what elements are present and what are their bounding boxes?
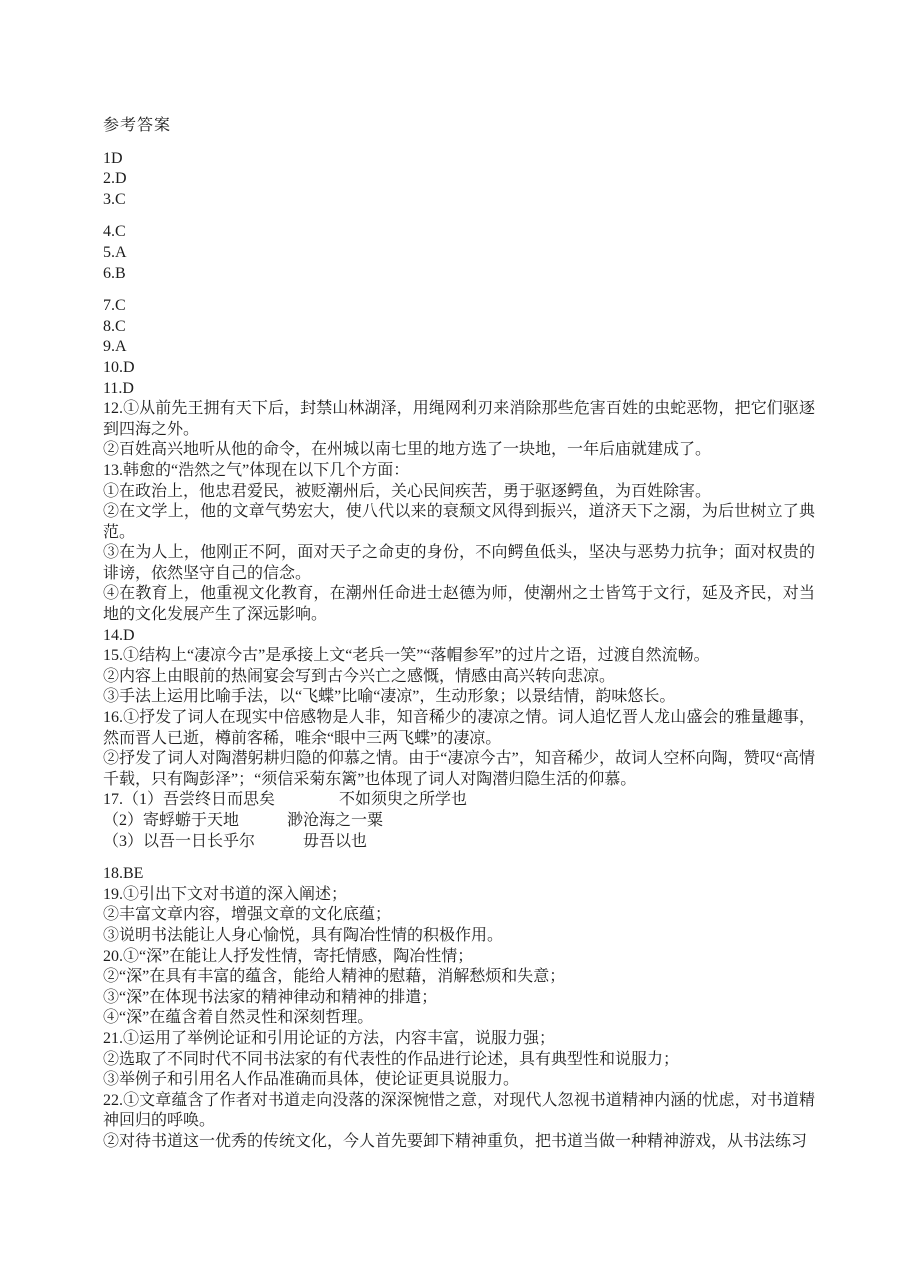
answer-line: 9.A xyxy=(103,337,815,358)
answer-line: ②选取了不同时代不同书法家的有代表性的作品进行论述，具有典型性和说服力； xyxy=(103,1050,815,1071)
answer-line: ④“深”在蕴含着自然灵性和深刻哲理。 xyxy=(103,1008,815,1029)
answer-line: ②百姓高兴地听从他的命令，在州城以南七里的地方选了一块地，一年后庙就建成了。 xyxy=(103,440,815,461)
answer-line: ②对待书道这一优秀的传统文化，今人首先要卸下精神重负，把书道当做一种精神游戏，从… xyxy=(103,1132,815,1153)
answer-line: ④在教育上，他重视文化教育，在潮州任命进士赵德为师，使潮州之士皆笃于文行，延及齐… xyxy=(103,584,815,625)
answer-line: 2.D xyxy=(103,169,815,190)
answer-line: 18.BE xyxy=(103,864,815,885)
answer-line: 21.①运用了举例论证和引用论证的方法，内容丰富，说服力强； xyxy=(103,1029,815,1050)
answer-line: ①在政治上，他忠君爱民，被贬潮州后，关心民间疾苦，勇于驱逐鳄鱼，为百姓除害。 xyxy=(103,482,815,503)
answer-line: ②“深”在具有丰富的蕴含，能给人精神的慰藉，消解愁烦和失意； xyxy=(103,967,815,988)
answer-line: 19.①引出下文对书道的深入阐述； xyxy=(103,885,815,906)
blank-line xyxy=(103,284,815,296)
answer-line: 17.（1）吾尝终日而思矣 不如须臾之所学也 xyxy=(103,790,815,811)
answer-line: 20.①“深”在能让人抒发性情，寄托情感，陶冶性情； xyxy=(103,947,815,968)
answer-line: 1D xyxy=(103,149,815,170)
blank-line xyxy=(103,137,815,149)
answer-line: ③手法上运用比喻手法，以“飞蝶”比喻“凄凉”，生动形象；以景结情，韵味悠长。 xyxy=(103,687,815,708)
answer-line: （3）以吾一日长乎尔 毋吾以也 xyxy=(103,832,815,853)
answer-line: 16.①抒发了词人在现实中倍感物是人非，知音稀少的凄凉之情。词人追忆晋人龙山盛会… xyxy=(103,708,815,749)
blank-line xyxy=(103,210,815,222)
answer-line: ③举例子和引用名人作品准确而具体，使论证更具说服力。 xyxy=(103,1070,815,1091)
answer-line: 10.D xyxy=(103,358,815,379)
answer-line: ③说明书法能让人身心愉悦，具有陶冶性情的积极作用。 xyxy=(103,926,815,947)
answer-line: ②内容上由眼前的热闹宴会写到古今兴亡之感慨，情感由高兴转向悲凉。 xyxy=(103,667,815,688)
answer-line: 22.①文章蕴含了作者对书道走向没落的深深惋惜之意，对现代人忽视书道精神内涵的忧… xyxy=(103,1091,815,1132)
answer-line: 14.D xyxy=(103,626,815,647)
answer-line: ②丰富文章内容，增强文章的文化底蕴； xyxy=(103,905,815,926)
answer-line: 8.C xyxy=(103,317,815,338)
answer-line: 3.C xyxy=(103,190,815,211)
answer-line: ②在文学上，他的文章气势宏大，使八代以来的衰颓文风得到振兴，道济天下之溺，为后世… xyxy=(103,502,815,543)
answer-line: 12.①从前先王拥有天下后，封禁山林湖泽，用绳网利刃来消除那些危害百姓的虫蛇恶物… xyxy=(103,399,815,440)
answer-line: ③“深”在体现书法家的精神律动和精神的排遣； xyxy=(103,988,815,1009)
answer-line: 13.韩愈的“浩然之气”体现在以下几个方面： xyxy=(103,461,815,482)
answer-line: 6.B xyxy=(103,264,815,285)
answer-line: 15.①结构上“凄凉今古”是承接上文“老兵一笑”“落帽参军”的过片之语，过渡自然… xyxy=(103,646,815,667)
page-title: 参考答案 xyxy=(103,116,815,137)
answer-line: 5.A xyxy=(103,243,815,264)
document-page: 参考答案1D2.D3.C4.C5.A6.B7.C8.C9.A10.D11.D12… xyxy=(0,0,900,1272)
answer-line: （2）寄蜉蝣于天地 渺沧海之一粟 xyxy=(103,811,815,832)
answer-line: 11.D xyxy=(103,379,815,400)
blank-line xyxy=(103,852,815,864)
answer-line: 4.C xyxy=(103,222,815,243)
answer-line: ②抒发了词人对陶潜躬耕归隐的仰慕之情。由于“凄凉今古”，知音稀少，故词人空杯向陶… xyxy=(103,749,815,790)
answer-line: 7.C xyxy=(103,296,815,317)
answer-line: ③在为人上，他刚正不阿，面对天子之命吏的身份，不向鳄鱼低头，坚决与恶势力抗争；面… xyxy=(103,543,815,584)
